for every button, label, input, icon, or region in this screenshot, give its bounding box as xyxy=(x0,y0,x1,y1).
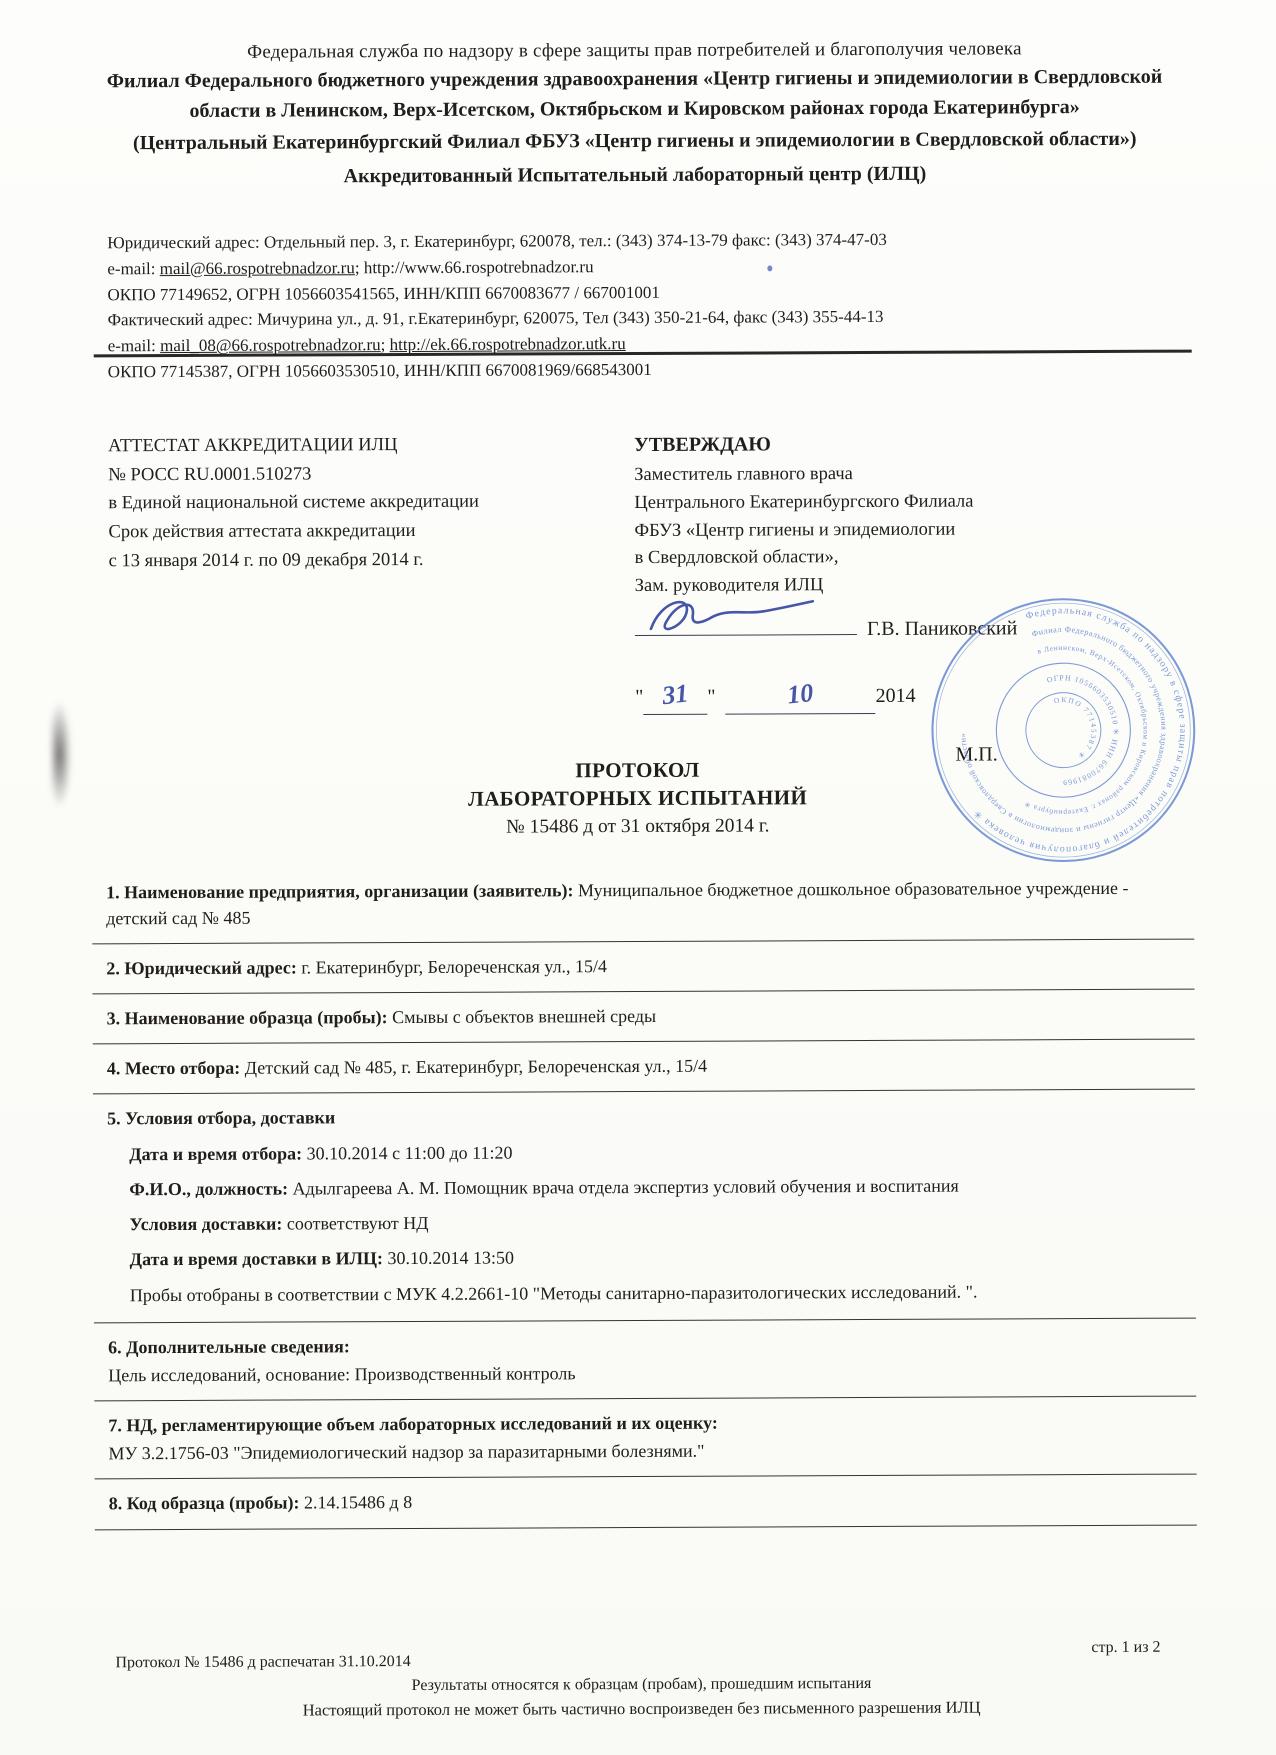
item-5-row-1-label: Дата и время отбора: xyxy=(129,1143,302,1164)
item-5-row-3-label: Условия доставки: xyxy=(129,1213,282,1234)
item-5-row-2-label: Ф.И.О., должность: xyxy=(129,1178,288,1199)
footer-reproduction-note: Настоящий протокол не может быть частичн… xyxy=(4,1696,1276,1722)
stamp-ring1-text: Федеральная служба по надзору в сфере за… xyxy=(916,572,1221,884)
item-5-row-4-label: Дата и время доставки в ИЛЦ: xyxy=(130,1248,383,1269)
item-2-legal-address: 2. Юридический адрес: г. Екатеринбург, Б… xyxy=(92,940,1194,995)
item-5-row-3: Условия доставки: соответствуют НД xyxy=(129,1206,1189,1237)
footer-protocol-info: Протокол № 15486 д распечатан 31.10.2014 xyxy=(115,1653,410,1672)
handwritten-month: 10 xyxy=(785,673,815,715)
protocol-title-block: ПРОТОКОЛ ЛАБОРАТОРНЫХ ИСПЫТАНИЙ № 15486 … xyxy=(0,753,1276,840)
item-7-heading: 7. НД, регламентирующие объем лабораторн… xyxy=(108,1408,1190,1439)
email1-prefix: e-mail: xyxy=(107,259,159,278)
item-1-label: 1. Наименование предприятия, организации… xyxy=(106,880,574,902)
scan-content: Федеральная служба по надзору в сфере за… xyxy=(0,0,1276,1755)
item-7-text: МУ 3.2.1756-03 "Эпидемиологический надзо… xyxy=(108,1436,1190,1467)
quote-close: " xyxy=(707,685,715,707)
stamp-outer-inner-circle xyxy=(903,570,1224,891)
document-header: Федеральная служба по надзору в сфере за… xyxy=(74,38,1195,190)
handwritten-signature xyxy=(641,590,841,639)
footer-results-note: Результаты относятся к образцам (пробам)… xyxy=(3,1673,1276,1697)
codes-line-2: ОКПО 77145387, ОГРН 1056603530510, ИНН/К… xyxy=(108,355,1188,386)
approval-day: 31 xyxy=(643,674,707,714)
protocol-items: 1. Наименование предприятия, организации… xyxy=(92,864,1197,1530)
quote-open: " xyxy=(635,686,643,708)
handwritten-day: 31 xyxy=(660,673,690,715)
item-5-heading: 5. Условия отбора, доставки xyxy=(107,1101,1189,1132)
item-5-row-2-value: Адылгареева А. М. Помощник врача отдела … xyxy=(288,1175,959,1198)
approval-month: 10 xyxy=(725,674,875,715)
item-2-value: г. Екатеринбург, Белореченская ул., 15/4 xyxy=(297,956,607,977)
organization-name: Филиал Федерального бюджетного учреждени… xyxy=(74,62,1194,127)
signature-line xyxy=(635,634,857,636)
attestat-validity-dates: с 13 января 2014 г. по 09 декабря 2014 г… xyxy=(109,545,579,576)
item-4-value: Детский сад № 485, г. Екатеринбург, Бело… xyxy=(240,1056,707,1078)
item-7-regulatory-docs: 7. НД, регламентирующие объем лабораторн… xyxy=(94,1397,1196,1480)
item-6-text: Цель исследований, основание: Производст… xyxy=(108,1358,1190,1389)
org-requisites: Юридический адрес: Отдельный пер. 3, г. … xyxy=(107,226,1188,386)
accreditation-block: АТТЕСТАТ АККРЕДИТАЦИИ ИЛЦ № РОСС RU.0001… xyxy=(108,430,579,773)
item-8-label: 8. Код образца (пробы): xyxy=(109,1493,300,1514)
lab-center-name: Аккредитованный Испытательный лабораторн… xyxy=(75,162,1195,190)
email2-prefix: e-mail: xyxy=(108,336,160,355)
attestat-system: в Единой национальной системе аккредитац… xyxy=(108,488,578,519)
item-5-row-4-value: 30.10.2014 13:50 xyxy=(383,1247,514,1268)
item-8-value: 2.14.15486 д 8 xyxy=(299,1492,412,1512)
scan-smudge-artifact xyxy=(51,700,71,808)
item-5-row-4: Дата и время доставки в ИЛЦ: 30.10.2014 … xyxy=(130,1241,1190,1272)
footer-page-number: стр. 1 из 2 xyxy=(1091,1639,1160,1657)
email2-separator: ; xyxy=(381,335,390,354)
attestat-number: № РОСС RU.0001.510273 xyxy=(108,459,578,490)
ink-dot-artifact xyxy=(767,265,772,271)
site1-url: http://www.66.rospotrebnadzor.ru xyxy=(364,257,594,277)
item-1-applicant: 1. Наименование предприятия, организации… xyxy=(92,864,1194,945)
item-5-sampling-conditions: 5. Условия отбора, доставки Дата и время… xyxy=(93,1090,1196,1323)
attestat-title: АТТЕСТАТ АККРЕДИТАЦИИ ИЛЦ xyxy=(108,430,578,461)
item-5-row-1-value: 30.10.2014 с 11:00 до 11:20 xyxy=(302,1142,512,1163)
item-5-row-1: Дата и время отбора: 30.10.2014 с 11:00 … xyxy=(129,1136,1189,1167)
approver-position-2: Центрального Екатеринбургского Филиала xyxy=(634,487,1194,517)
item-4-sampling-place: 4. Место отбора: Детский сад № 485, г. Е… xyxy=(93,1040,1195,1095)
item-3-value: Смывы с объектов внешней среды xyxy=(388,1006,657,1027)
item-5-row-3-value: соответствуют НД xyxy=(282,1213,428,1234)
item-3-sample-name: 3. Наименование образца (пробы): Смывы с… xyxy=(93,990,1195,1045)
federal-service-line: Федеральная служба по надзору в сфере за… xyxy=(74,38,1194,65)
attestat-validity-label: Срок действия аттестата аккредитации xyxy=(108,516,578,547)
item-2-label: 2. Юридический адрес: xyxy=(106,958,296,979)
item-5-row-2: Ф.И.О., должность: Адылгареева А. М. Пом… xyxy=(129,1171,1189,1202)
item-5-note: Пробы отобраны в соответствии с МУК 4.2.… xyxy=(130,1278,1190,1309)
item-3-label: 3. Наименование образца (пробы): xyxy=(107,1007,388,1028)
email1-address: mail@66.rospotrebnadzor.ru xyxy=(160,258,355,278)
branch-name: (Центральный Екатеринбургский Филиал ФБУ… xyxy=(75,124,1195,159)
item-8-sample-code: 8. Код образца (пробы): 2.14.15486 д 8 xyxy=(95,1475,1197,1530)
item-6-heading: 6. Дополнительные сведения: xyxy=(108,1330,1190,1361)
approver-position-3: ФБУЗ «Центр гигиены и эпидемиологии xyxy=(634,515,1194,545)
item-6-additional-info: 6. Дополнительные сведения: Цель исследо… xyxy=(94,1319,1196,1402)
scanned-protocol-page: Федеральная служба по надзору в сфере за… xyxy=(0,0,1276,1755)
item-4-label: 4. Место отбора: xyxy=(107,1058,241,1079)
approve-heading: УТВЕРЖДАЮ xyxy=(634,428,1194,460)
protocol-subtitle: ЛАБОРАТОРНЫХ ИСПЫТАНИЙ xyxy=(0,782,1276,816)
approver-position-1: Заместитель главного врача xyxy=(634,460,1194,490)
